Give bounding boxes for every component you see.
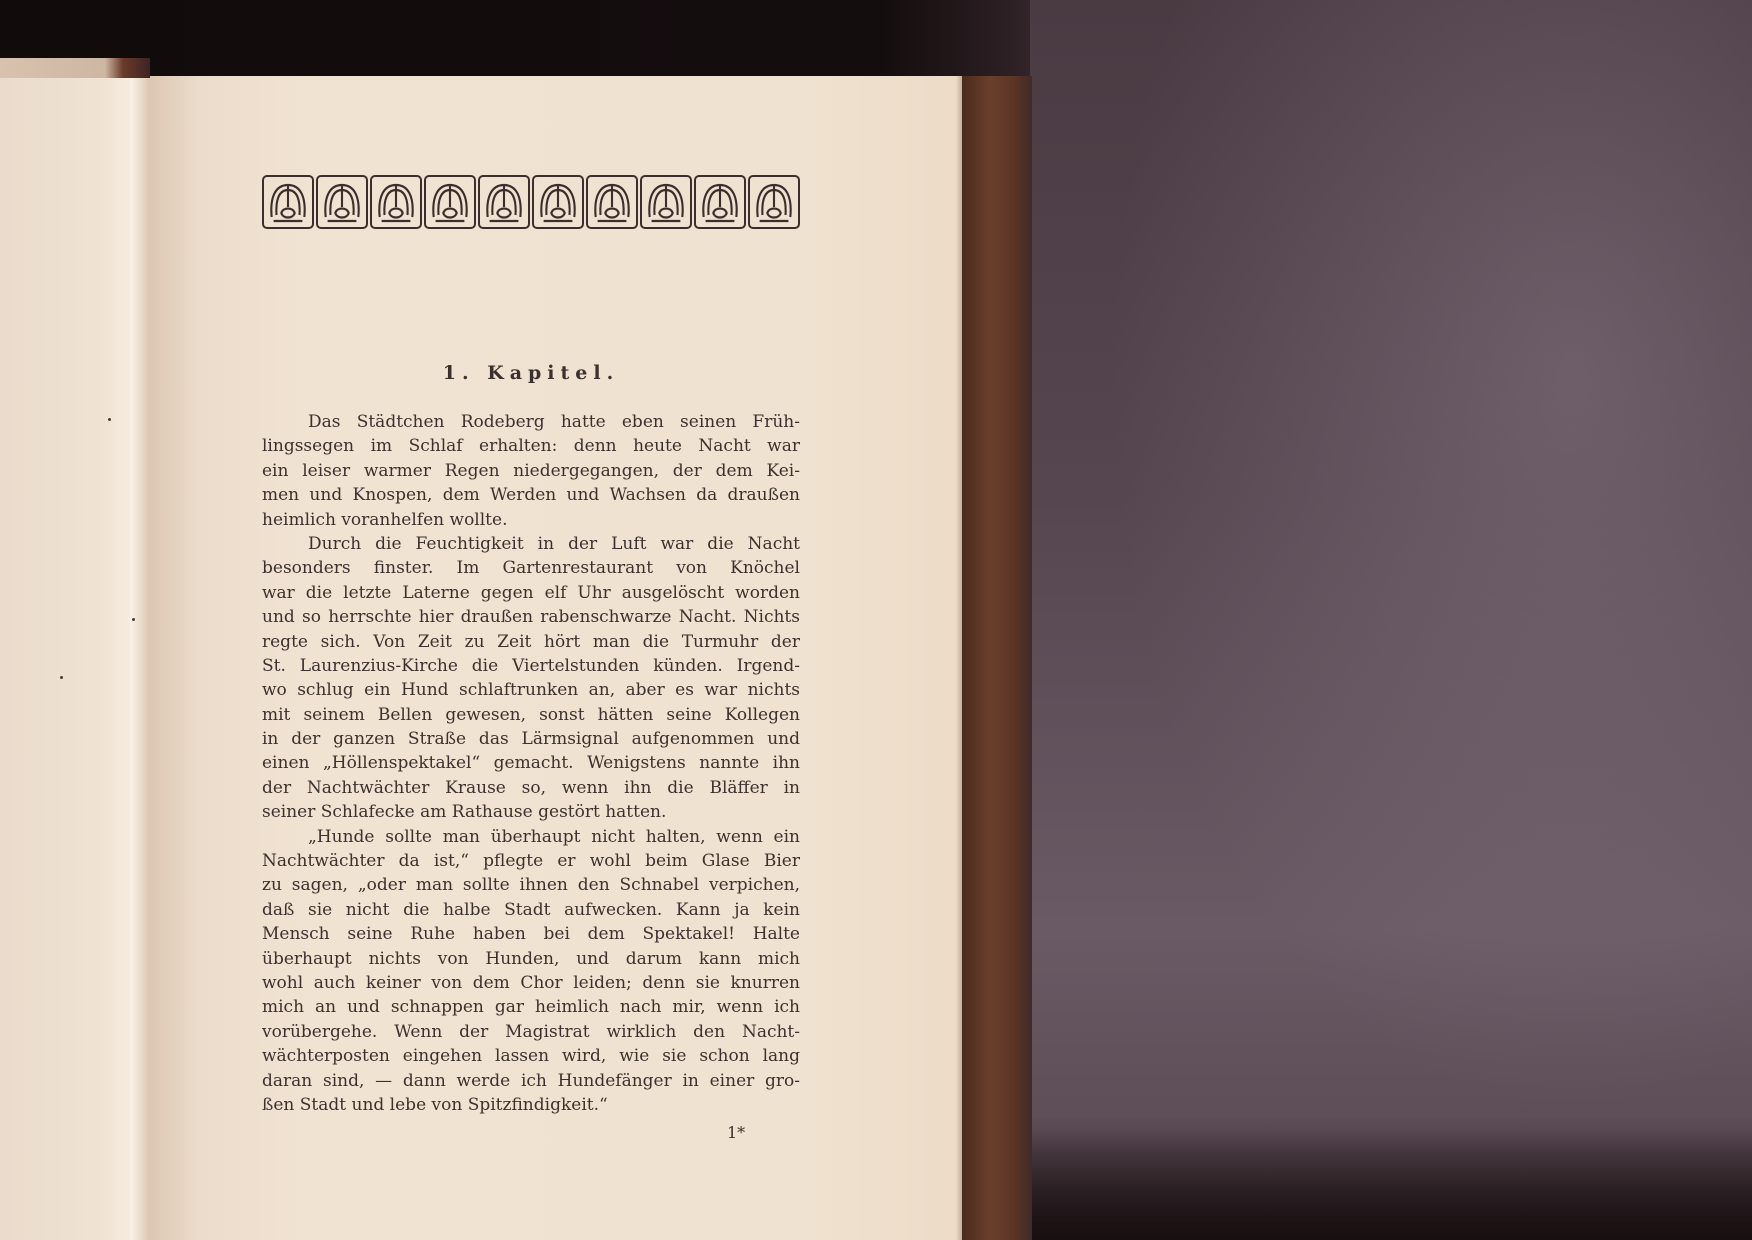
shadow-bottom	[1030, 1130, 1752, 1240]
text-line: lingssegen im Schlaf erhalten: denn heut…	[262, 434, 800, 458]
text-line: überhaupt nichts von Hunden, und darum k…	[262, 947, 800, 971]
text-line: wohl auch keiner von dem Chor leiden; de…	[262, 971, 800, 995]
text-line: mich an und schnappen gar heimlich nach …	[262, 995, 800, 1019]
chapter-heading: 1. Kapitel.	[262, 362, 800, 384]
text-line: seiner Schlafecke am Rathause gestört ha…	[262, 800, 800, 824]
text-line: heimlich voranhelfen wollte.	[262, 508, 800, 532]
page-number: 1*	[727, 1123, 745, 1142]
text-line: men und Knospen, dem Werden und Wachsen …	[262, 483, 800, 507]
paper-speck	[60, 676, 63, 679]
text-line: einen „Höllenspektakel“ gemacht. Wenigst…	[262, 751, 800, 775]
text-line: ßen Stadt und lebe von Spitzfindigkeit.“	[262, 1093, 800, 1117]
text-line: „Hunde sollte man überhaupt nicht halten…	[262, 825, 800, 849]
text-line: besonders finster. Im Gartenrestaurant v…	[262, 556, 800, 580]
ornament-tile-icon	[478, 175, 530, 229]
text-line: Durch die Feuchtigkeit in der Luft war d…	[262, 532, 800, 556]
text-line: in der ganzen Straße das Lärmsignal aufg…	[262, 727, 800, 751]
ornament-tile-icon	[748, 175, 800, 229]
text-line: vorübergehe. Wenn der Magistrat wirklich…	[262, 1020, 800, 1044]
ornament-tile-icon	[640, 175, 692, 229]
dark-background-top	[0, 0, 1100, 80]
left-page	[0, 78, 150, 1240]
background-surface	[1030, 0, 1752, 1240]
text-line: regte sich. Von Zeit zu Zeit hört man di…	[262, 630, 800, 654]
paragraph: Durch die Feuchtigkeit in der Luft war d…	[262, 532, 800, 825]
text-line: St. Laurenzius-Kirche die Viertelstunden…	[262, 654, 800, 678]
ornament-tile-icon	[262, 175, 314, 229]
paragraph: „Hunde sollte man überhaupt nicht halten…	[262, 825, 800, 1118]
ornament-tile-icon	[694, 175, 746, 229]
text-line: ein leiser warmer Regen niedergegangen, …	[262, 459, 800, 483]
text-line: daß sie nicht die halbe Stadt aufwecken.…	[262, 898, 800, 922]
text-line: und so herrschte hier draußen rabenschwa…	[262, 605, 800, 629]
body-text: Das Städtchen Rodeberg hatte eben seinen…	[262, 410, 800, 1117]
text-line: daran sind, — dann werde ich Hundefänger…	[262, 1069, 800, 1093]
ornament-band	[262, 175, 800, 229]
text-line: Das Städtchen Rodeberg hatte eben seinen…	[262, 410, 800, 434]
ornament-tile-icon	[532, 175, 584, 229]
text-line: Mensch seine Ruhe haben bei dem Spektake…	[262, 922, 800, 946]
text-line: war die letzte Laterne gegen elf Uhr aus…	[262, 581, 800, 605]
ornament-tile-icon	[370, 175, 422, 229]
text-line: mit seinem Bellen gewesen, sonst hätten …	[262, 703, 800, 727]
paper-speck	[108, 418, 111, 421]
ornament-tile-icon	[586, 175, 638, 229]
book-cover-top-edge	[0, 58, 150, 78]
book-cover-edge	[962, 76, 1032, 1240]
ornament-tile-icon	[424, 175, 476, 229]
text-line: zu sagen, „oder man sollte ihnen den Sch…	[262, 873, 800, 897]
text-line: wächterposten eingehen lassen wird, wie …	[262, 1044, 800, 1068]
text-line: wo schlug ein Hund schlaftrunken an, abe…	[262, 678, 800, 702]
gutter	[130, 78, 150, 1240]
ornament-tile-icon	[316, 175, 368, 229]
paper-speck	[132, 618, 135, 621]
text-line: der Nachtwächter Krause so, wenn ihn die…	[262, 776, 800, 800]
paragraph: Das Städtchen Rodeberg hatte eben seinen…	[262, 410, 800, 532]
light-sheen	[1030, 0, 1752, 1240]
text-line: Nachtwächter da ist,“ pflegte er wohl be…	[262, 849, 800, 873]
